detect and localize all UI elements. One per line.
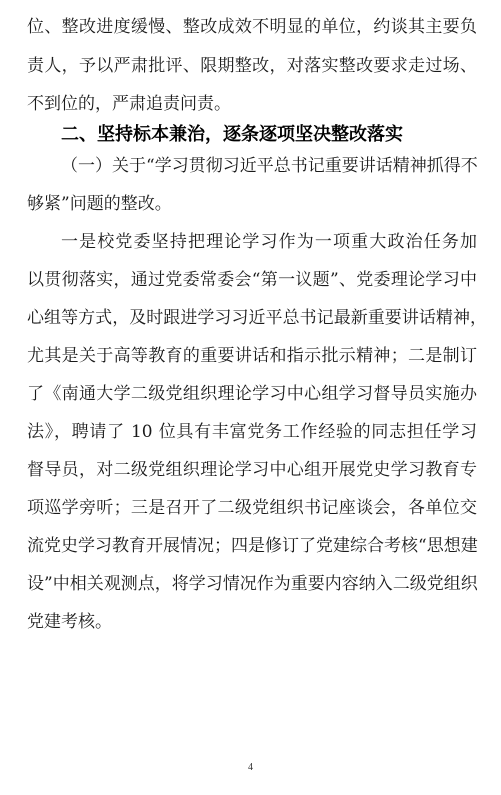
page-number: 4 <box>0 762 501 773</box>
document-page-lower: （二）关于“落实中央和省委关于教育的重要决策部署不 <box>0 0 501 795</box>
